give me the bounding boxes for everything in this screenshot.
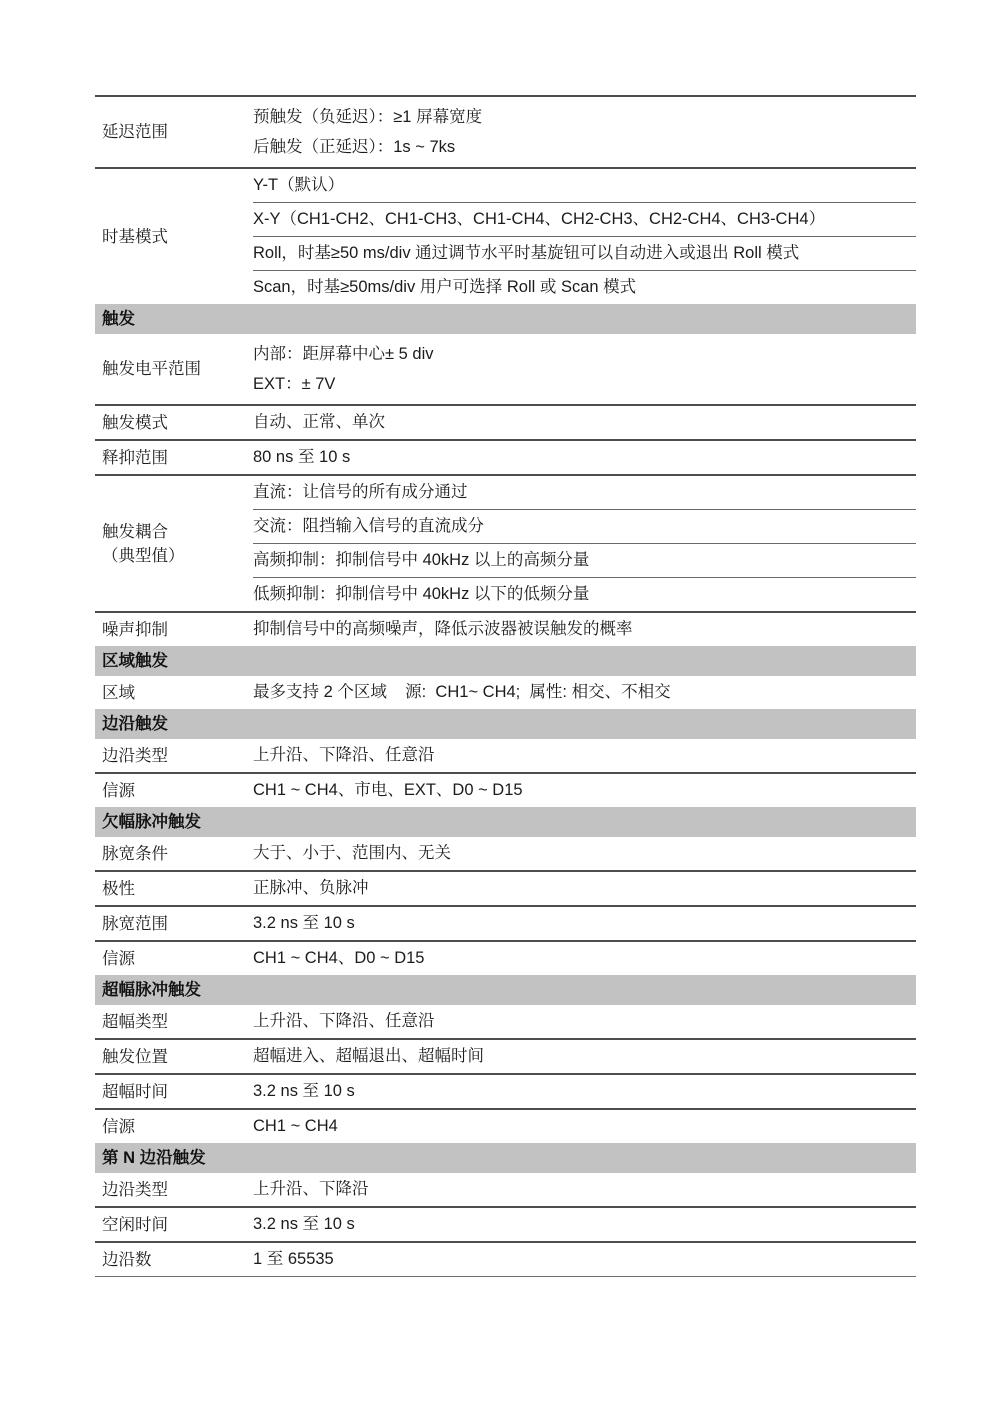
spec-label-line: 触发位置 [102,1045,253,1069]
spec-label: 触发模式 [95,406,253,439]
spec-label: 边沿类型 [95,739,253,772]
spec-value: 1 至 65535 [253,1248,916,1271]
spec-values: Y-T（默认）X-Y（CH1-CH2、CH1-CH3、CH1-CH4、CH2-C… [253,169,916,304]
spec-label-line: 脉宽范围 [102,912,253,936]
section-header: 边沿触发 [95,709,916,739]
spec-value: 后触发（正延迟）：1s ~ 7ks [253,132,916,162]
table-row: 超幅类型上升沿、下降沿、任意沿 [95,1005,916,1038]
table-row: 信源CH1 ~ CH4、市电、EXT、D0 ~ D15 [95,772,916,807]
spec-label: 区域 [95,676,253,709]
table-row: 释抑范围80 ns 至 10 s [95,439,916,474]
spec-label-line: 时基模式 [102,225,253,249]
table-row: 噪声抑制抑制信号中的高频噪声，降低示波器被误触发的概率 [95,611,916,646]
spec-value-cell: 预触发（负延迟）：≥1 屏幕宽度后触发（正延迟）：1s ~ 7ks [253,97,916,167]
spec-value: CH1 ~ CH4 [253,1115,916,1138]
spec-value: 自动、正常、单次 [253,411,916,434]
spec-values: CH1 ~ CH4 [253,1110,916,1143]
spec-values: 3.2 ns 至 10 s [253,1075,916,1108]
spec-value: 大于、小于、范围内、无关 [253,842,916,865]
spec-values: 3.2 ns 至 10 s [253,1208,916,1241]
spec-label: 超幅时间 [95,1075,253,1108]
spec-label: 极性 [95,872,253,905]
spec-value: Scan，时基≥50ms/div 用户可选择 Roll 或 Scan 模式 [253,276,916,299]
spec-label: 噪声抑制 [95,613,253,646]
spec-table: 延迟范围预触发（负延迟）：≥1 屏幕宽度后触发（正延迟）：1s ~ 7ks时基模… [95,95,916,1277]
spec-value-cell: 自动、正常、单次 [253,406,916,439]
table-row: 触发位置超幅进入、超幅退出、超幅时间 [95,1038,916,1073]
section-header: 超幅脉冲触发 [95,975,916,1005]
table-row: 触发耦合（典型值）直流：让信号的所有成分通过交流：阻挡输入信号的直流成分高频抑制… [95,474,916,611]
spec-value: CH1 ~ CH4、市电、EXT、D0 ~ D15 [253,779,916,802]
spec-value-cell: CH1 ~ CH4 [253,1110,916,1143]
spec-values: 80 ns 至 10 s [253,441,916,474]
table-row: 触发模式自动、正常、单次 [95,404,916,439]
spec-label: 脉宽条件 [95,837,253,870]
spec-label: 信源 [95,774,253,807]
table-row: 脉宽范围3.2 ns 至 10 s [95,905,916,940]
section-header: 区域触发 [95,646,916,676]
spec-value: 上升沿、下降沿、任意沿 [253,1010,916,1033]
spec-label-line: 超幅时间 [102,1080,253,1104]
spec-value: 预触发（负延迟）：≥1 屏幕宽度 [253,102,916,132]
spec-label-line: 边沿类型 [102,744,253,768]
spec-label: 触发耦合（典型值） [95,476,253,611]
spec-value-cell: 80 ns 至 10 s [253,441,916,474]
spec-value: 超幅进入、超幅退出、超幅时间 [253,1045,916,1068]
spec-label: 边沿数 [95,1243,253,1276]
spec-value-cell: 正脉冲、负脉冲 [253,872,916,905]
table-row: 极性正脉冲、负脉冲 [95,870,916,905]
spec-value-cell: 抑制信号中的高频噪声，降低示波器被误触发的概率 [253,613,916,646]
spec-values: 最多支持 2 个区域 源: CH1~ CH4; 属性: 相交、不相交 [253,676,916,709]
spec-value: Y-T（默认） [253,174,916,197]
spec-values: 1 至 65535 [253,1243,916,1276]
spec-value: 上升沿、下降沿、任意沿 [253,744,916,767]
spec-label: 触发电平范围 [95,334,253,404]
spec-label: 脉宽范围 [95,907,253,940]
spec-label: 超幅类型 [95,1005,253,1038]
table-row: 空闲时间3.2 ns 至 10 s [95,1206,916,1241]
spec-values: 预触发（负延迟）：≥1 屏幕宽度后触发（正延迟）：1s ~ 7ks [253,97,916,167]
spec-values: 超幅进入、超幅退出、超幅时间 [253,1040,916,1073]
spec-value: 直流：让信号的所有成分通过 [253,481,916,504]
spec-value-cell: 直流：让信号的所有成分通过 [253,476,916,509]
spec-label-line: （典型值） [102,544,253,568]
spec-label-line: 极性 [102,877,253,901]
table-row: 边沿类型上升沿、下降沿、任意沿 [95,739,916,772]
spec-label: 触发位置 [95,1040,253,1073]
spec-values: 正脉冲、负脉冲 [253,872,916,905]
spec-label: 释抑范围 [95,441,253,474]
spec-value-cell: 最多支持 2 个区域 源: CH1~ CH4; 属性: 相交、不相交 [253,676,916,709]
spec-value-cell: 超幅进入、超幅退出、超幅时间 [253,1040,916,1073]
spec-label-line: 边沿类型 [102,1178,253,1202]
spec-values: CH1 ~ CH4、市电、EXT、D0 ~ D15 [253,774,916,807]
spec-value-cell: Roll，时基≥50 ms/div 通过调节水平时基旋钮可以自动进入或退出 Ro… [253,236,916,270]
spec-label-line: 信源 [102,1115,253,1139]
spec-value: 正脉冲、负脉冲 [253,877,916,900]
spec-value-cell: 3.2 ns 至 10 s [253,907,916,940]
spec-label-line: 延迟范围 [102,120,253,144]
spec-label: 延迟范围 [95,97,253,167]
spec-values: 上升沿、下降沿、任意沿 [253,1005,916,1038]
spec-values: 内部：距屏幕中心± 5 divEXT：± 7V [253,334,916,404]
spec-values: 直流：让信号的所有成分通过交流：阻挡输入信号的直流成分高频抑制：抑制信号中 40… [253,476,916,611]
spec-value: 低频抑制：抑制信号中 40kHz 以下的低频分量 [253,583,916,606]
spec-value: 交流：阻挡输入信号的直流成分 [253,515,916,538]
spec-value: 抑制信号中的高频噪声，降低示波器被误触发的概率 [253,618,916,641]
spec-value-cell: 3.2 ns 至 10 s [253,1075,916,1108]
spec-value: 高频抑制：抑制信号中 40kHz 以上的高频分量 [253,549,916,572]
spec-label-line: 触发模式 [102,411,253,435]
spec-value-cell: X-Y（CH1-CH2、CH1-CH3、CH1-CH4、CH2-CH3、CH2-… [253,202,916,236]
table-row: 边沿数1 至 65535 [95,1241,916,1276]
spec-value: EXT：± 7V [253,369,916,399]
spec-value: 上升沿、下降沿 [253,1178,916,1201]
spec-value-cell: 上升沿、下降沿、任意沿 [253,1005,916,1038]
spec-values: 3.2 ns 至 10 s [253,907,916,940]
spec-value-cell: 上升沿、下降沿、任意沿 [253,739,916,772]
spec-value: X-Y（CH1-CH2、CH1-CH3、CH1-CH4、CH2-CH3、CH2-… [253,208,916,231]
spec-label-line: 脉宽条件 [102,842,253,866]
spec-value-cell: 3.2 ns 至 10 s [253,1208,916,1241]
table-row: 超幅时间3.2 ns 至 10 s [95,1073,916,1108]
spec-label-line: 信源 [102,947,253,971]
section-header: 第 N 边沿触发 [95,1143,916,1173]
table-row: 时基模式Y-T（默认）X-Y（CH1-CH2、CH1-CH3、CH1-CH4、C… [95,167,916,304]
spec-value-cell: 高频抑制：抑制信号中 40kHz 以上的高频分量 [253,543,916,577]
table-row: 信源CH1 ~ CH4、D0 ~ D15 [95,940,916,975]
table-row: 脉宽条件大于、小于、范围内、无关 [95,837,916,870]
spec-label-line: 触发电平范围 [102,357,253,381]
spec-values: 上升沿、下降沿、任意沿 [253,739,916,772]
spec-label: 信源 [95,942,253,975]
spec-value-cell: 低频抑制：抑制信号中 40kHz 以下的低频分量 [253,577,916,611]
spec-label-line: 边沿数 [102,1248,253,1272]
spec-value: 3.2 ns 至 10 s [253,912,916,935]
spec-label-line: 超幅类型 [102,1010,253,1034]
spec-label-line: 区域 [102,681,253,705]
table-row: 区域最多支持 2 个区域 源: CH1~ CH4; 属性: 相交、不相交 [95,676,916,709]
spec-values: CH1 ~ CH4、D0 ~ D15 [253,942,916,975]
spec-label: 信源 [95,1110,253,1143]
table-row: 延迟范围预触发（负延迟）：≥1 屏幕宽度后触发（正延迟）：1s ~ 7ks [95,97,916,167]
table-row: 边沿类型上升沿、下降沿 [95,1173,916,1206]
table-row: 触发电平范围内部：距屏幕中心± 5 divEXT：± 7V [95,334,916,404]
spec-value: Roll，时基≥50 ms/div 通过调节水平时基旋钮可以自动进入或退出 Ro… [253,242,916,265]
table-row: 信源CH1 ~ CH4 [95,1108,916,1143]
spec-value-cell: 内部：距屏幕中心± 5 divEXT：± 7V [253,334,916,404]
spec-label: 空闲时间 [95,1208,253,1241]
spec-values: 抑制信号中的高频噪声，降低示波器被误触发的概率 [253,613,916,646]
spec-value-cell: 上升沿、下降沿 [253,1173,916,1206]
spec-value-cell: Y-T（默认） [253,169,916,202]
spec-label-line: 释抑范围 [102,446,253,470]
spec-value-cell: 大于、小于、范围内、无关 [253,837,916,870]
section-header: 触发 [95,304,916,334]
spec-label-line: 触发耦合 [102,520,253,544]
spec-label-line: 空闲时间 [102,1213,253,1237]
spec-value-cell: CH1 ~ CH4、D0 ~ D15 [253,942,916,975]
section-header: 欠幅脉冲触发 [95,807,916,837]
spec-value-cell: 1 至 65535 [253,1243,916,1276]
spec-label: 时基模式 [95,169,253,304]
spec-value: 内部：距屏幕中心± 5 div [253,339,916,369]
spec-value: 3.2 ns 至 10 s [253,1213,916,1236]
spec-value: CH1 ~ CH4、D0 ~ D15 [253,947,916,970]
spec-value: 最多支持 2 个区域 源: CH1~ CH4; 属性: 相交、不相交 [253,681,916,704]
spec-value-cell: Scan，时基≥50ms/div 用户可选择 Roll 或 Scan 模式 [253,270,916,304]
spec-value-cell: CH1 ~ CH4、市电、EXT、D0 ~ D15 [253,774,916,807]
spec-values: 自动、正常、单次 [253,406,916,439]
spec-values: 上升沿、下降沿 [253,1173,916,1206]
spec-value: 3.2 ns 至 10 s [253,1080,916,1103]
spec-values: 大于、小于、范围内、无关 [253,837,916,870]
spec-value: 80 ns 至 10 s [253,446,916,469]
spec-label-line: 信源 [102,779,253,803]
spec-label: 边沿类型 [95,1173,253,1206]
spec-label-line: 噪声抑制 [102,618,253,642]
spec-value-cell: 交流：阻挡输入信号的直流成分 [253,509,916,543]
document-page: 延迟范围预触发（负延迟）：≥1 屏幕宽度后触发（正延迟）：1s ~ 7ks时基模… [0,0,1000,1415]
